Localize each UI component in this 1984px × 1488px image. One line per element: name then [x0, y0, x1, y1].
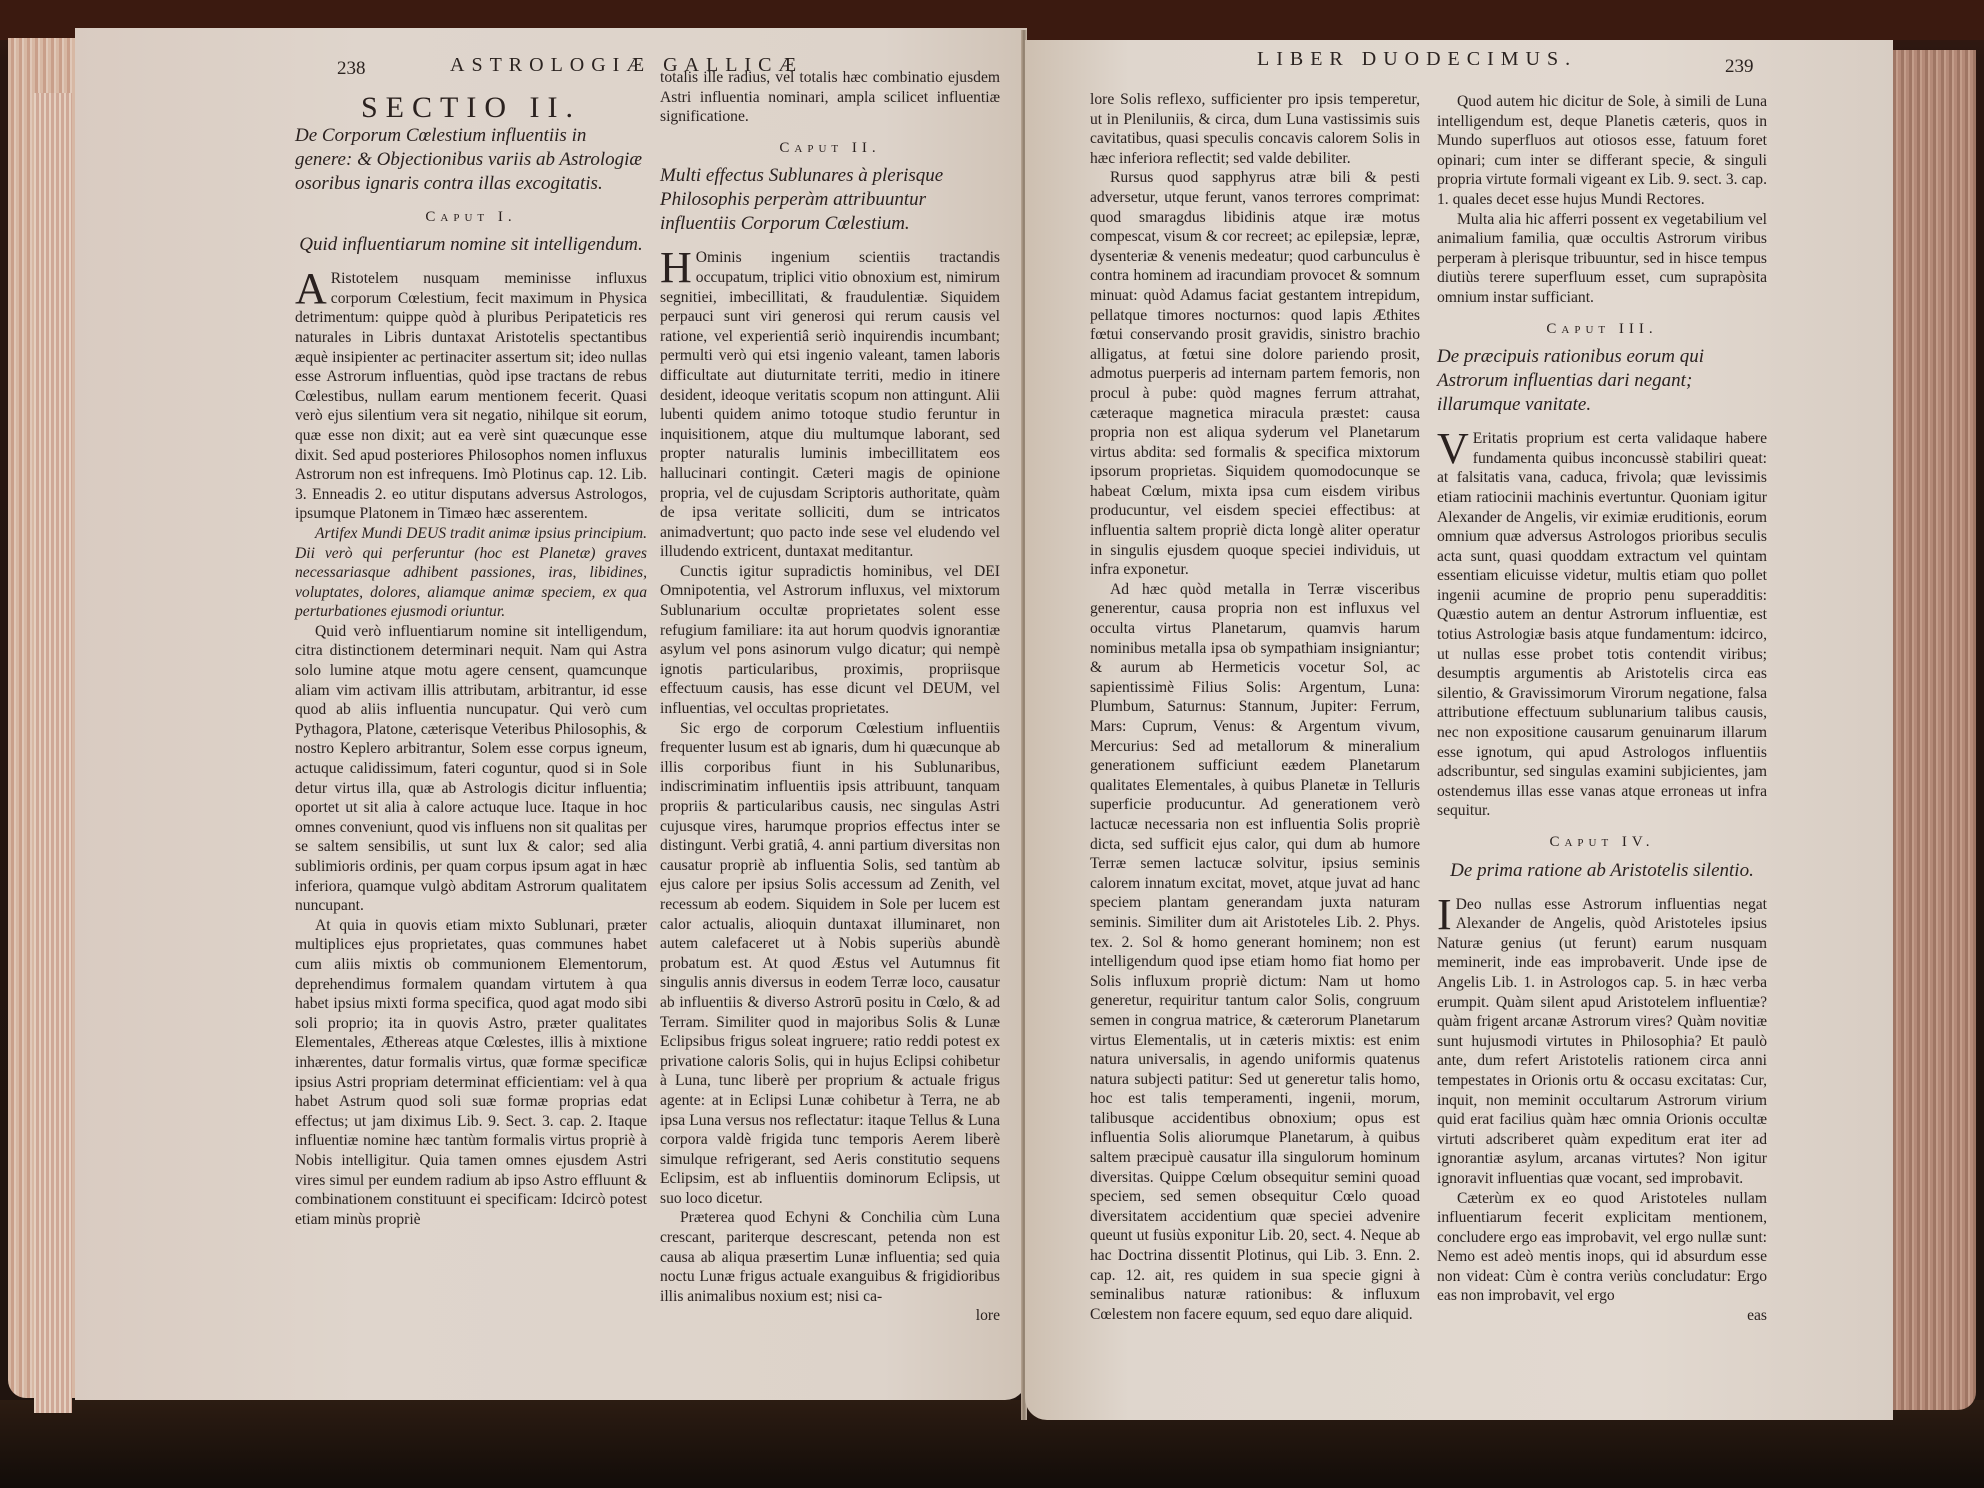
paragraph: HOminis ingenium scientiis tractandis oc… [660, 248, 1000, 562]
paragraph: Rursus quod sapphyrus atræ bili & pesti … [1090, 168, 1420, 579]
catchword: lore [660, 1306, 1000, 1326]
left-page-edges [8, 38, 78, 1398]
section-subtitle: De Corporum Cœlestium influentiis in gen… [295, 124, 647, 196]
section-title: SECTIO II. [295, 98, 647, 118]
drop-cap: I [1437, 897, 1452, 933]
right-page-edges [1890, 50, 1976, 1410]
right-page-column-2: Quod autem hic dicitur de Sole, à simili… [1437, 92, 1767, 1326]
paragraph: IDeo nullas esse Astrorum influentias ne… [1437, 895, 1767, 1189]
paragraph: Cæterùm ex eo quod Aristoteles nullam in… [1437, 1189, 1767, 1307]
paragraph-quote: Artifex Mundi DEUS tradit animæ ipsius p… [295, 524, 647, 622]
page-number-right: 239 [1725, 56, 1754, 78]
caput-1-heading: Quid influentiarum nomine sit intelligen… [295, 233, 647, 257]
running-head-right: LIBER DUODECIMUS. [1257, 48, 1577, 71]
paragraph: Ad hæc quòd metalla in Terræ visceribus … [1090, 580, 1420, 1325]
caput-4-label: Caput IV. [1437, 833, 1767, 853]
page-number-left: 238 [337, 58, 366, 80]
left-page-column-2: totalis ille radius, vel totalis hæc com… [660, 68, 1000, 1326]
catchword: eas [1437, 1306, 1767, 1326]
caput-4-heading: De prima ratione ab Aristotelis silentio… [1437, 859, 1767, 883]
paragraph: Multa alia hic afferri possent ex vegeta… [1437, 210, 1767, 308]
drop-cap: H [660, 250, 692, 286]
paragraph: ARistotelem nusquam meminisse influxus c… [295, 269, 647, 524]
paragraph: Præterea quod Echyni & Conchilia cùm Lun… [660, 1208, 1000, 1306]
paragraph: At quia in quovis etiam mixto Sublunari,… [295, 916, 647, 1230]
photo-scene: 238 ASTROLOGIÆ GALLICÆ SECTIO II. De Cor… [0, 0, 1984, 1488]
paragraph: VEritatis proprium est certa validaque h… [1437, 429, 1767, 821]
drop-cap: V [1437, 431, 1469, 467]
caput-1-label: Caput I. [295, 208, 647, 228]
caput-3-label: Caput III. [1437, 320, 1767, 340]
caput-3-heading: De præcipuis rationibus eorum qui Astror… [1437, 345, 1767, 417]
paragraph: Quod autem hic dicitur de Sole, à simili… [1437, 92, 1767, 210]
right-page: LIBER DUODECIMUS. 239 lore Solis reflexo… [1025, 40, 1893, 1420]
left-page-column-1: SECTIO II. De Corporum Cœlestium influen… [295, 98, 647, 1229]
paragraph: lore Solis reflexo, sufficienter pro ips… [1090, 90, 1420, 168]
left-page-edges-inner [34, 93, 72, 1413]
paragraph: totalis ille radius, vel totalis hæc com… [660, 68, 1000, 127]
paragraph: Sic ergo de corporum Cœlestium influenti… [660, 719, 1000, 1209]
caput-2-label: Caput II. [660, 139, 1000, 159]
caput-2-heading: Multi effectus Sublunares à plerisque Ph… [660, 164, 1000, 236]
left-page: 238 ASTROLOGIÆ GALLICÆ SECTIO II. De Cor… [75, 28, 1027, 1400]
right-page-column-1: lore Solis reflexo, sufficienter pro ips… [1090, 90, 1420, 1324]
paragraph: Quid verò influentiarum nomine sit intel… [295, 622, 647, 916]
drop-cap: A [295, 271, 327, 307]
paragraph: Cunctis igitur supradictis hominibus, ve… [660, 562, 1000, 719]
